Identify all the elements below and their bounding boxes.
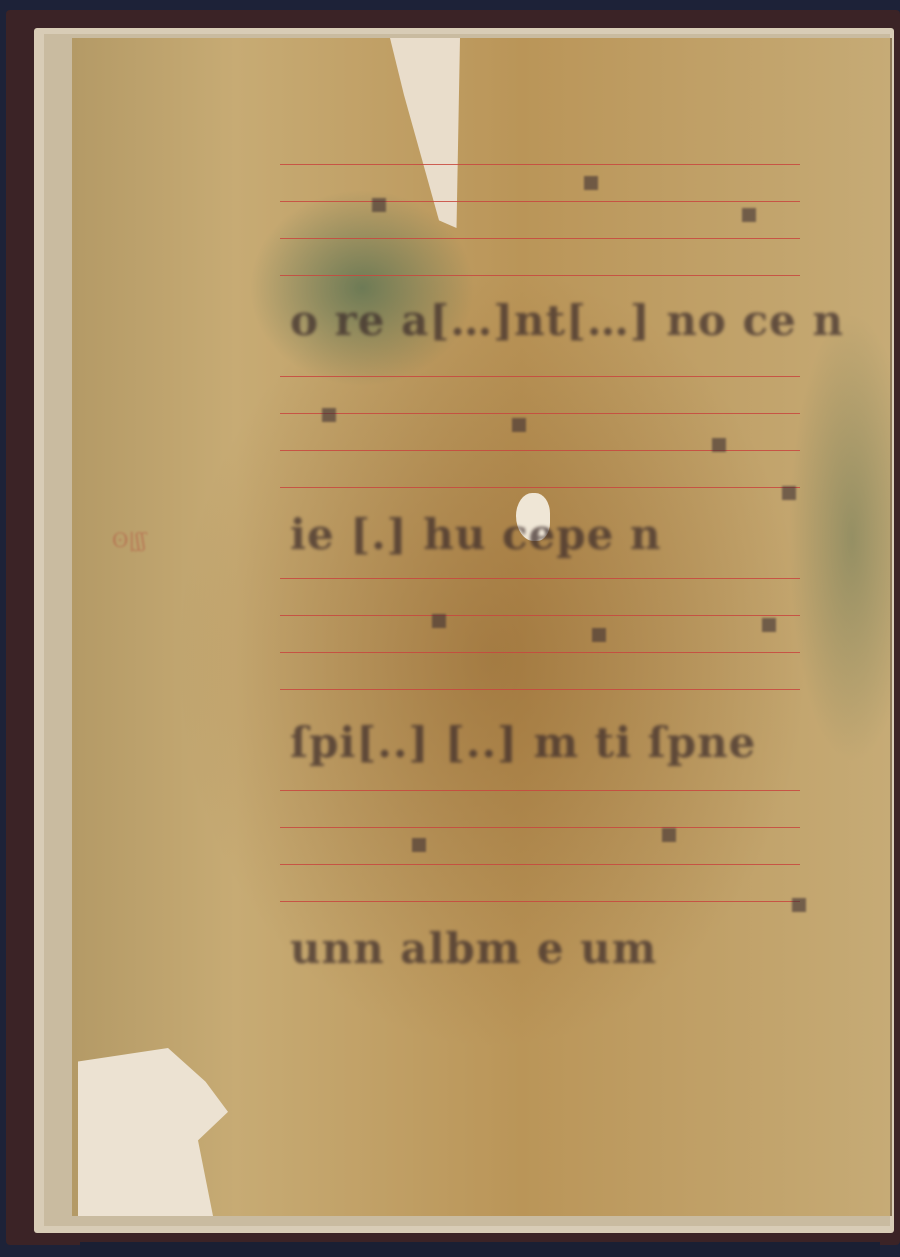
torn-corner-bottom [78,1048,228,1216]
text-line-4: unn albm e um [290,924,810,973]
neume [742,208,756,222]
neume [432,614,446,628]
text-line-2: ie [.] hu cepe n [290,510,810,559]
neume [762,618,776,632]
staff-4 [280,790,800,938]
bottom-strap [80,1242,880,1257]
staff-3 [280,578,800,726]
neume [584,176,598,190]
neume [322,408,336,422]
text-line-1: o re a[…]nt[…] no ce n [290,296,810,345]
marginal-note: ʘ|ʃʃ [112,528,146,552]
staff-1 [280,164,800,312]
neume [372,198,386,212]
manuscript-page: ʘ|ʃʃ o re a[…]nt[…] no ce n ie [.] hu ce… [72,38,892,1216]
neume [792,898,806,912]
neume [592,628,606,642]
text-line-3: ſpi[..] [..] m ti ſpne [290,718,810,767]
neume [662,828,676,842]
neume [782,486,796,500]
neume [512,418,526,432]
neume [412,838,426,852]
neume [712,438,726,452]
